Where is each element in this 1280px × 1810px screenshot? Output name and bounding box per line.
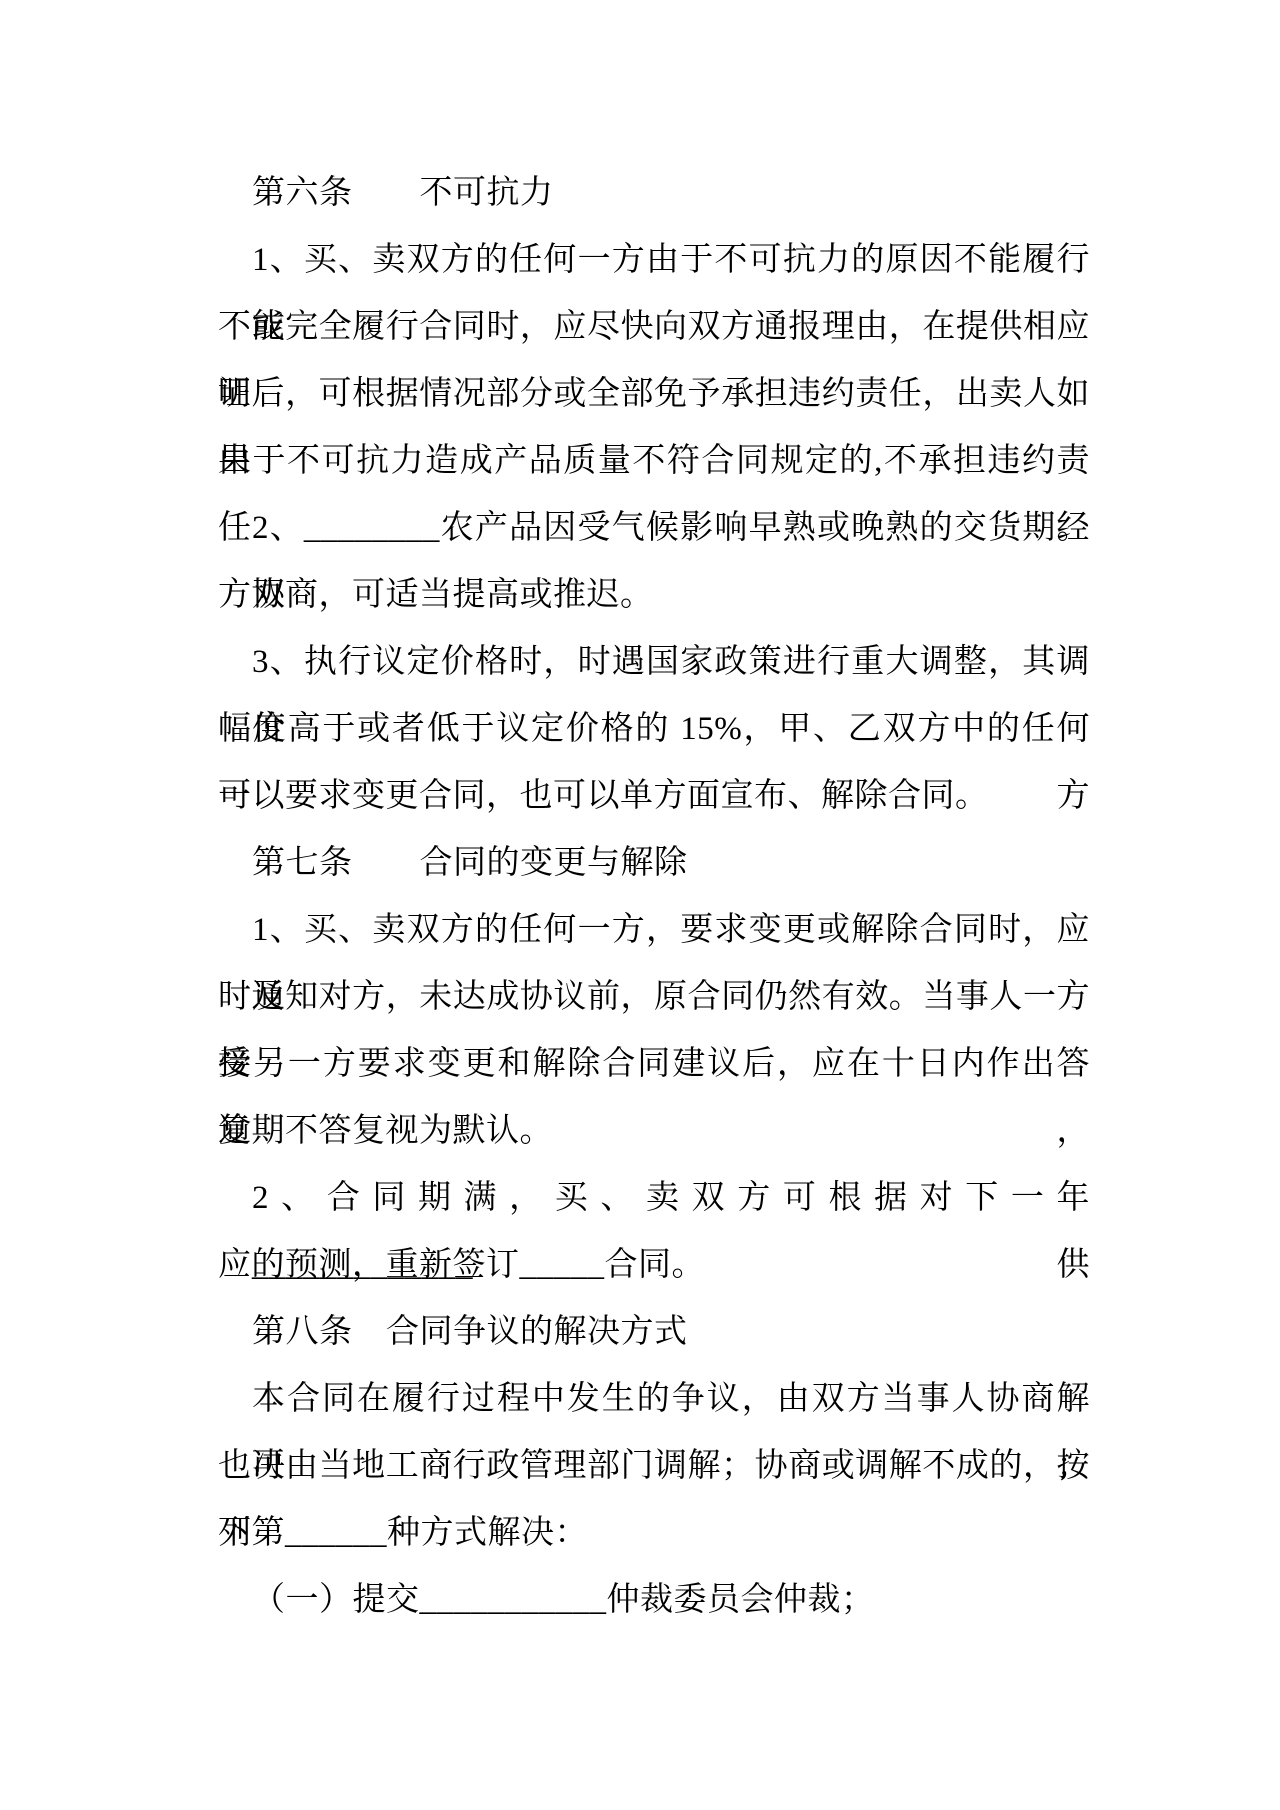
contract-line: 本合同在履行过程中发生的争议，由双方当事人协商解决； [218, 1366, 1090, 1433]
document-page: 第六条 不可抗力 1、买、卖双方的任何一方由于不可抗力的原因不能履行或 不能完全… [0, 0, 1280, 1810]
contract-line: 1、买、卖双方的任何一方，要求变更或解除合同时，应及 [218, 897, 1090, 964]
contract-line-with-blank: （一）提交___________仲裁委员会仲裁； [218, 1567, 1090, 1634]
contract-line: 时通知对方，未达成协议前，原合同仍然有效。当事人一方接 [218, 964, 1090, 1031]
contract-line-with-blank: 列第______种方式解决： [218, 1500, 1090, 1567]
contract-line: 3、执行议定价格时，时遇国家政策进行重大调整，其调价 [218, 629, 1090, 696]
article-8-heading: 第八条 合同争议的解决方式 [218, 1299, 1090, 1366]
article-6-heading: 第六条 不可抗力 [218, 160, 1090, 227]
contract-line: 明后，可根据情况部分或全部免予承担违约责任，出卖人如果 [218, 361, 1090, 428]
article-7-heading: 第七条 合同的变更与解除 [218, 830, 1090, 897]
contract-line: 也可由当地工商行政管理部门调解；协商或调解不成的，按下 [218, 1433, 1090, 1500]
contract-line: 不能完全履行合同时，应尽快向双方通报理由，在提供相应证 [218, 294, 1090, 361]
contract-line: 可以要求变更合同，也可以单方面宣布、解除合同。 [218, 763, 1090, 830]
contract-body: 第六条 不可抗力 1、买、卖双方的任何一方由于不可抗力的原因不能履行或 不能完全… [218, 160, 1090, 1634]
contract-line: 由于不可抗力造成产品质量不符合同规定的,不承担违约责任。 [218, 428, 1090, 495]
contract-line: 方协商，可适当提高或推迟。 [218, 562, 1090, 629]
contract-line-with-blank: 2、________农产品因受气候影响早熟或晚熟的交货期经双 [218, 495, 1090, 562]
contract-line: 受另一方要求变更和解除合同建议后，应在十日内作出答复， [218, 1031, 1090, 1098]
contract-line-with-blank: 2、合同期满，买、卖双方可根据对下一年_____________供 [218, 1165, 1090, 1232]
contract-line: 1、买、卖双方的任何一方由于不可抗力的原因不能履行或 [218, 227, 1090, 294]
contract-line: 幅度高于或者低于议定价格的 15%，甲、乙双方中的任何一方 [218, 696, 1090, 763]
